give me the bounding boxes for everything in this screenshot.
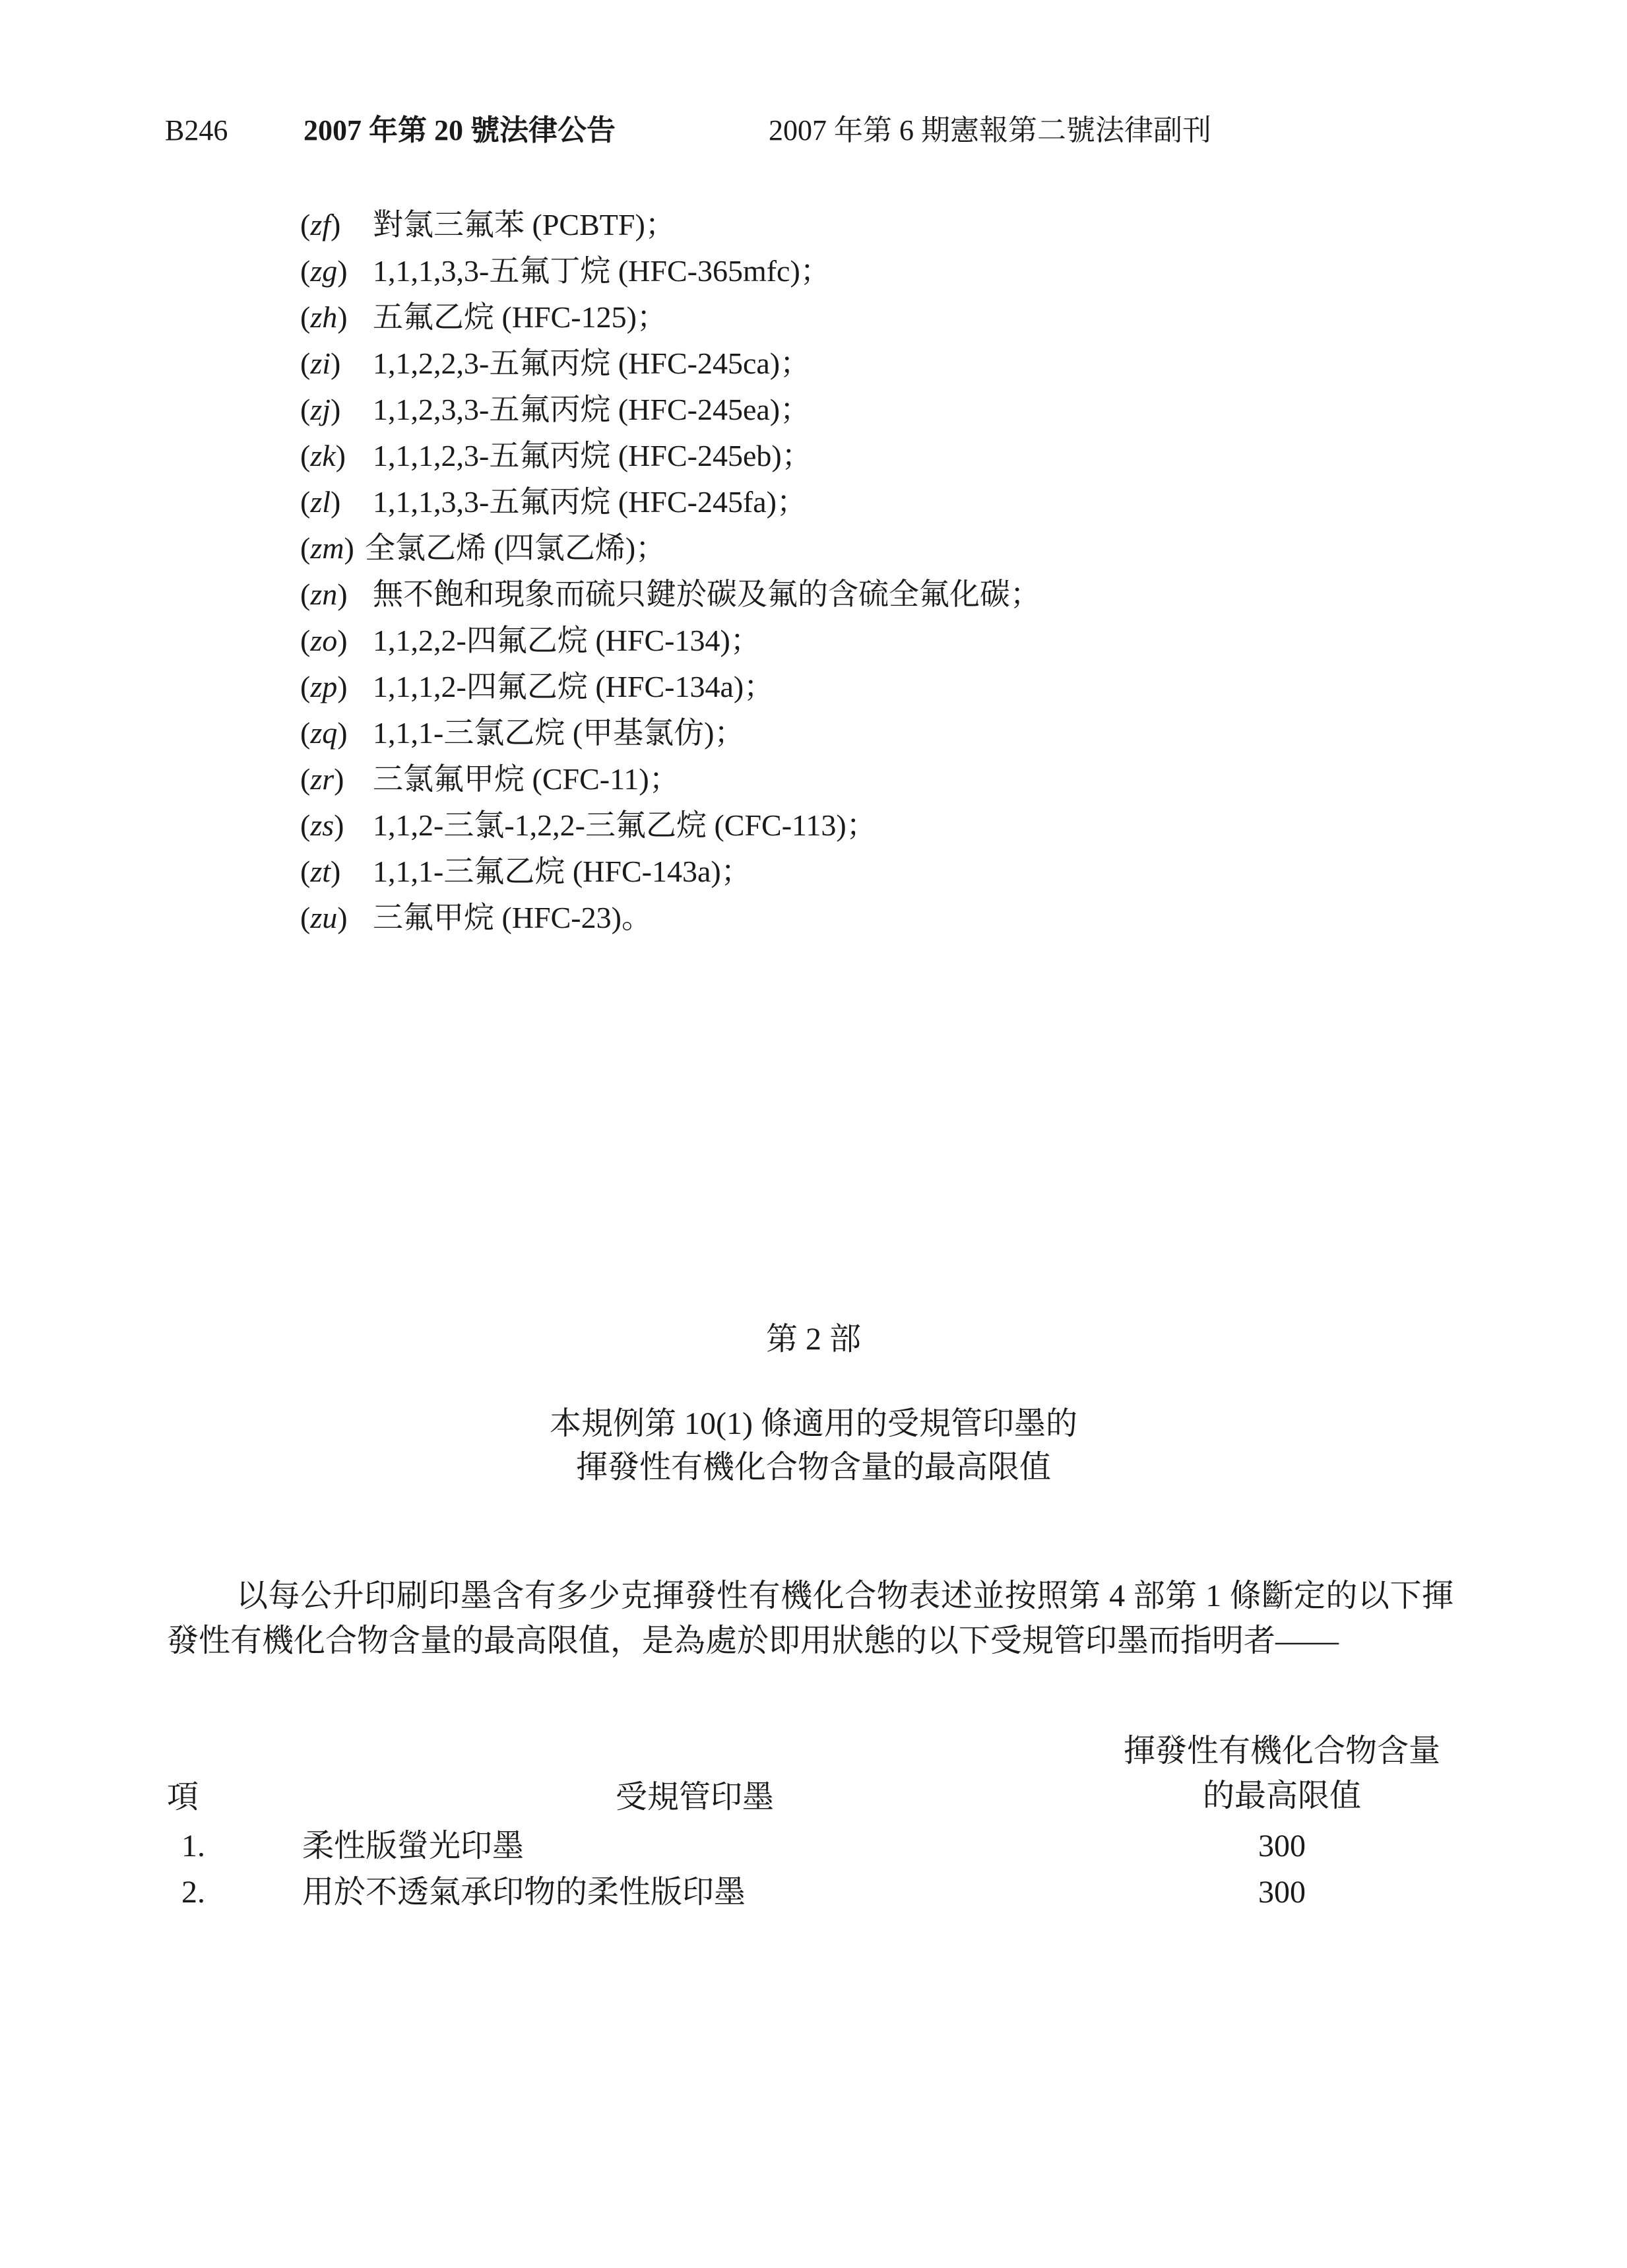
item-label: (zl): [300, 479, 373, 525]
limit-value: 300: [1110, 1823, 1453, 1869]
item-text: 全氯乙烯 (四氯乙烯)；: [365, 531, 666, 565]
item-text: 無不飽和現象而硫只鍵於碳及氟的含硫全氟化碳；: [373, 577, 1040, 611]
item-text: 1,1,2,2-四氟乙烷 (HFC-134)；: [373, 624, 761, 657]
column-header-ink: 受規管印墨: [616, 1775, 774, 1820]
list-item: (zt)1,1,1-三氟乙烷 (HFC-143a)；: [300, 849, 1040, 895]
gazette-notice-number: 2007 年第 20 號法律公告: [303, 111, 616, 150]
column-header-limit-line: 的最高限值: [1110, 1774, 1453, 1819]
item-text: 1,1,1,2,3-五氟丙烷 (HFC-245eb)；: [373, 439, 812, 472]
body-paragraph: 以每公升印刷印墨含有多少克揮發性有機化合物表述並按照第 4 部第 1 條斷定的以…: [167, 1574, 1453, 1664]
list-item: (zn)無不飽和現象而硫只鍵於碳及氟的含硫全氟化碳；: [300, 571, 1040, 618]
item-label: (zj): [300, 387, 373, 433]
item-text: 三氟甲烷 (HFC-23)。: [373, 901, 652, 934]
item-text: 三氯氟甲烷 (CFC-11)；: [373, 762, 680, 796]
list-item: (zm)全氯乙烯 (四氯乙烯)；: [300, 525, 1040, 571]
list-item: (zg)1,1,1,3,3-五氟丁烷 (HFC-365mfc)；: [300, 248, 1040, 294]
item-text: 1,1,2,2,3-五氟丙烷 (HFC-245ca)；: [373, 346, 810, 380]
list-item: (zu)三氟甲烷 (HFC-23)。: [300, 895, 1040, 941]
column-header-limit-line: 揮發性有機化合物含量: [1110, 1729, 1453, 1774]
item-label: (zf): [300, 202, 373, 248]
item-text: 1,1,1,3,3-五氟丁烷 (HFC-365mfc)；: [373, 254, 831, 288]
column-header-limit: 揮發性有機化合物含量 的最高限值: [1110, 1729, 1453, 1819]
part-title-line: 揮發性有機化合物含量的最高限值: [0, 1446, 1627, 1489]
item-label: (zt): [300, 849, 373, 895]
table-header-row: 項 受規管印墨 揮發性有機化合物含量 的最高限值: [167, 1729, 1453, 1821]
list-item: (zl)1,1,1,3,3-五氟丙烷 (HFC-245fa)；: [300, 479, 1040, 525]
item-label: (zh): [300, 294, 373, 340]
limit-value: 300: [1110, 1869, 1453, 1916]
table-row: 1. 柔性版螢光印墨 300: [167, 1823, 1453, 1869]
list-item: (zo)1,1,2,2-四氟乙烷 (HFC-134)；: [300, 618, 1040, 664]
item-label: (zn): [300, 571, 373, 618]
item-text: 1,1,1,2-四氟乙烷 (HFC-134a)；: [373, 670, 774, 703]
list-item: (zf)對氯三氟苯 (PCBTF)；: [300, 202, 1040, 248]
item-label: (zr): [300, 756, 373, 802]
part-title: 本規例第 10(1) 條適用的受規管印墨的 揮發性有機化合物含量的最高限值: [0, 1402, 1627, 1489]
ink-name: 柔性版螢光印墨: [302, 1823, 524, 1869]
ink-name: 用於不透氣承印物的柔性版印墨: [302, 1869, 746, 1916]
table-row: 2. 用於不透氣承印物的柔性版印墨 300: [167, 1869, 1453, 1916]
item-label: (zo): [300, 618, 373, 664]
item-text: 1,1,1-三氟乙烷 (HFC-143a)；: [373, 855, 751, 888]
voc-limits-table: 項 受規管印墨 揮發性有機化合物含量 的最高限值 1. 柔性版螢光印墨 300 …: [167, 1729, 1453, 1916]
item-label: (zg): [300, 248, 373, 294]
list-item: (zp)1,1,1,2-四氟乙烷 (HFC-134a)；: [300, 664, 1040, 710]
gazette-supplement: 2007 年第 6 期憲報第二號法律副刊: [769, 111, 1211, 150]
item-label: (zi): [300, 340, 373, 387]
item-label: (zq): [300, 710, 373, 756]
page-header: B246 2007 年第 20 號法律公告 2007 年第 6 期憲報第二號法律…: [165, 111, 1484, 150]
item-text: 對氯三氟苯 (PCBTF)；: [373, 208, 676, 242]
part-heading: 第 2 部: [0, 1320, 1627, 1359]
item-label: (zu): [300, 895, 373, 941]
list-item: (zq)1,1,1-三氯乙烷 (甲基氯仿)；: [300, 710, 1040, 756]
list-item: (zi)1,1,2,2,3-五氟丙烷 (HFC-245ca)；: [300, 340, 1040, 387]
list-item: (zr)三氯氟甲烷 (CFC-11)；: [300, 756, 1040, 802]
substance-list: (zf)對氯三氟苯 (PCBTF)； (zg)1,1,1,3,3-五氟丁烷 (H…: [300, 202, 1040, 941]
item-label: (zp): [300, 664, 373, 710]
item-label: (zs): [300, 802, 373, 849]
list-item: (zh)五氟乙烷 (HFC-125)；: [300, 294, 1040, 340]
list-item: (zs)1,1,2-三氯-1,2,2-三氟乙烷 (CFC-113)；: [300, 802, 1040, 849]
item-label: (zm): [300, 525, 365, 571]
item-text: 1,1,2-三氯-1,2,2-三氟乙烷 (CFC-113)；: [373, 808, 877, 842]
part-title-line: 本規例第 10(1) 條適用的受規管印墨的: [0, 1402, 1627, 1446]
item-text: 五氟乙烷 (HFC-125)；: [373, 300, 667, 334]
list-item: (zj)1,1,2,3,3-五氟丙烷 (HFC-245ea)；: [300, 387, 1040, 433]
item-text: 1,1,2,3,3-五氟丙烷 (HFC-245ea)；: [373, 393, 810, 426]
column-header-item: 項: [167, 1775, 199, 1820]
page-number: B246: [165, 111, 228, 150]
item-text: 1,1,1,3,3-五氟丙烷 (HFC-245fa)；: [373, 485, 807, 519]
item-text: 1,1,1-三氯乙烷 (甲基氯仿)；: [373, 716, 744, 750]
row-number: 2.: [181, 1869, 205, 1916]
row-number: 1.: [181, 1823, 205, 1869]
item-label: (zk): [300, 433, 373, 479]
list-item: (zk)1,1,1,2,3-五氟丙烷 (HFC-245eb)；: [300, 433, 1040, 479]
